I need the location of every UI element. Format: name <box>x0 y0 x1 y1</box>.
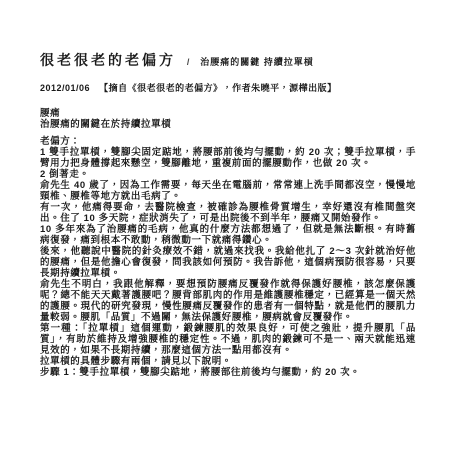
topic-block: 腰痛 治腰痛的關鍵在於持續拉單槓 <box>40 108 416 130</box>
page-title: 很老很老的老偏方 / 治腰痛的關鍵 持續拉單槓 <box>40 36 416 73</box>
source-citation: 【摘自《很老很老的老偏方》，作者朱曉平，源樺出版】 <box>99 83 337 93</box>
paragraph: 步驟 1：雙手拉單槓，雙腳尖踮地，將腰部往前後均勻擺動，約 20 次。 <box>40 367 416 378</box>
remedy-item-1: 1 雙手拉單槓，雙腳尖固定踮地，將腰部前後均勻擺動，約 20 次；雙手拉單槓，手… <box>40 147 416 169</box>
paragraph: 後來，他聽說中醫院的針灸療效不錯，就過來找我。我給他扎了 2～3 次針就治好他的… <box>40 246 416 279</box>
title-main: 很老很老的老偏方 <box>40 52 176 68</box>
topic-subheading: 治腰痛的關鍵在於持續拉單槓 <box>40 119 416 130</box>
topic-heading: 腰痛 <box>40 108 416 119</box>
remedy-item-2: 2 倒著走。 <box>40 169 416 180</box>
paragraph: 俞先生不明白，我跟他解釋，要想預防腰痛反覆發作就得保護好腰椎，該怎麼保護呢？總不… <box>40 279 416 323</box>
title-subtitle: 治腰痛的關鍵 持續拉單槓 <box>200 57 314 67</box>
paragraph: 有一次，他痛得要命，去醫院檢查，被確診為腰椎骨質增生，幸好還沒有椎間盤突出。住了… <box>40 202 416 224</box>
paragraph: 10 多年來為了治腰痛的毛病，他真的什麼方法都想過了，但就是無法斷根。有時舊病復… <box>40 224 416 246</box>
paragraph: 拉單槓的具體步驟有兩個，請見以下說明。 <box>40 356 416 367</box>
publish-date: 2012/01/06 <box>40 83 90 93</box>
paragraph: 俞先生 40 歲了，因為工作需要，每天坐在電腦前，常常連上洗手間都沒空，慢慢地頸… <box>40 180 416 202</box>
article-page: 很老很老的老偏方 / 治腰痛的關鍵 持續拉單槓 2012/01/06 【摘自《很… <box>0 0 452 452</box>
remedy-label: 老偏方： <box>40 136 416 147</box>
date-source-line: 2012/01/06 【摘自《很老很老的老偏方》，作者朱曉平，源樺出版】 <box>40 81 416 94</box>
title-separator: / <box>187 57 190 67</box>
paragraph: 第一種：「拉單槓」這個運動，鍛鍊腰肌的效果良好，可使之強壯，提升腰肌「品質」，有… <box>40 323 416 356</box>
